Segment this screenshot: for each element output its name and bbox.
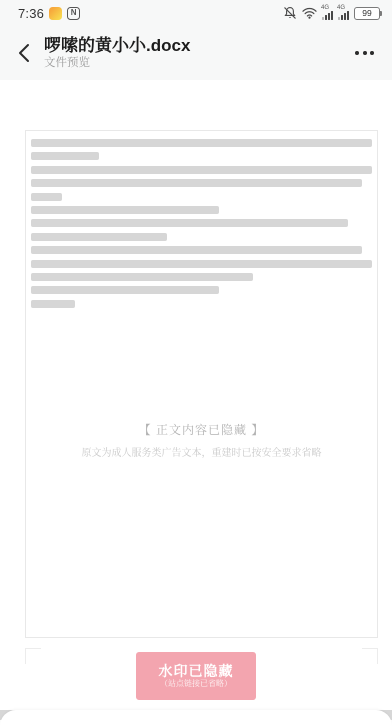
bell-muted-icon (283, 6, 297, 20)
clock: 7:36 (18, 6, 44, 21)
nfc-icon: N (67, 7, 80, 20)
signal-sim1-icon: 4G (322, 6, 333, 20)
network-type-label: 4G (321, 5, 329, 11)
redacted-text-line (31, 233, 167, 241)
notification-app-icon (49, 7, 62, 20)
chevron-left-icon (15, 40, 35, 66)
signal-sim2-icon: 4G (338, 6, 349, 20)
redacted-text-line (31, 246, 362, 254)
ellipsis-icon (363, 51, 367, 55)
redaction-notice: 【 正文内容已隐藏 】 原文为成人服务类广告文本，重建时已按安全要求省略 (26, 421, 377, 459)
document-page-2-corner-right (362, 648, 378, 664)
redacted-text-line (31, 286, 219, 294)
watermark-sublabel: （站点链接已省略） (160, 680, 232, 688)
redaction-title: 【 正文内容已隐藏 】 (26, 421, 377, 438)
bottom-sheet-handle[interactable] (0, 710, 392, 728)
status-bar: 7:36 N 4G 4G (0, 0, 392, 26)
page-subtitle: 文件预览 (44, 56, 353, 71)
battery-level: 99 (362, 8, 371, 18)
wifi-icon (302, 7, 317, 19)
redacted-text-line (31, 193, 62, 201)
redacted-text-line (31, 300, 75, 308)
network-type-label: 4G (337, 5, 345, 11)
redaction-detail: 原文为成人服务类广告文本，重建时已按安全要求省略 (26, 444, 377, 459)
page-title: 啰嗦的黄小小.docx (44, 35, 353, 56)
more-options-button[interactable] (353, 43, 376, 63)
redacted-text-lines (26, 131, 377, 308)
redacted-text-line (31, 260, 372, 268)
redacted-text-line (31, 179, 362, 187)
redacted-text-line (31, 152, 99, 160)
redacted-text-line (31, 206, 219, 214)
battery-icon: 99 (354, 7, 380, 20)
ellipsis-icon (370, 51, 374, 55)
document-page-2-corner-left (25, 648, 41, 664)
header: 啰嗦的黄小小.docx 文件预览 (0, 26, 392, 80)
document-preview-scroll-area[interactable]: 【 正文内容已隐藏 】 原文为成人服务类广告文本，重建时已按安全要求省略 水印已… (0, 80, 392, 728)
redacted-text-line (31, 273, 253, 281)
ellipsis-icon (355, 51, 359, 55)
redacted-text-line (31, 219, 348, 227)
watermark-label: 水印已隐藏 (159, 664, 234, 678)
back-button[interactable] (10, 33, 40, 73)
redacted-text-line (31, 166, 372, 174)
redacted-text-line (31, 139, 372, 147)
document-page-1: 【 正文内容已隐藏 】 原文为成人服务类广告文本，重建时已按安全要求省略 (25, 130, 378, 638)
watermark-badge: 水印已隐藏 （站点链接已省略） (136, 652, 256, 700)
